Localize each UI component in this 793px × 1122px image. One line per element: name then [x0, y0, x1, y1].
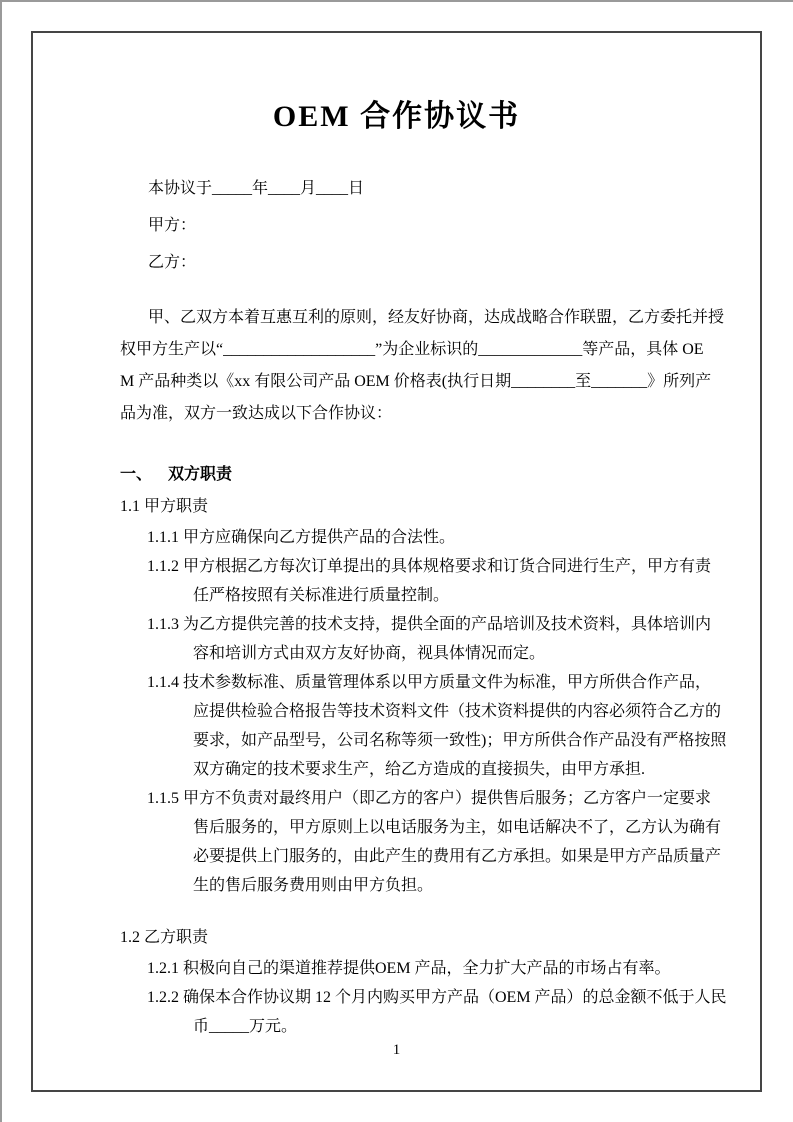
subsection-1-1-items: 1.1.1 甲方应确保向乙方提供产品的合法性。 1.1.2 甲方根据乙方每次订单… [120, 523, 732, 900]
text-line: 币_____万元。 [120, 1012, 732, 1041]
subsection-1-2-items: 1.2.1 积极向自己的渠道推荐提供OEM 产品，全力扩大产品的市场占有率。 1… [120, 954, 732, 1041]
clause-1-1-1: 1.1.1 甲方应确保向乙方提供产品的合法性。 [120, 523, 732, 552]
clause-1-2-2: 1.2.2 确保本合作协议期 12 个月内购买甲方产品（OEM 产品）的总金额不… [120, 983, 732, 1041]
text-line: M 产品种类以《xx 有限公司产品 OEM 价格表(执行日期________至_… [120, 366, 732, 398]
text-line: 要求，如产品型号，公司名称等须一致性)；甲方所供合作产品没有严格按照 [120, 726, 732, 755]
text-line: 1.1.3 为乙方提供完善的技术支持，提供全面的产品培训及技术资料，具体培训内 [120, 610, 732, 639]
text-line: 品为准，双方一致达成以下合作协议： [120, 398, 732, 430]
text-line: 应提供检验合格报告等技术资料文件（技术资料提供的内容必须符合乙方的 [120, 697, 732, 726]
section-1-heading: 一、双方职责 [120, 459, 732, 491]
section-1-title: 双方职责 [168, 466, 232, 483]
document-title: OEM 合作协议书 [33, 98, 760, 136]
screen-edge-top-line [0, 0, 793, 2]
clause-1-1-2: 1.1.2 甲方根据乙方每次订单提出的具体规格要求和订货合同进行生产，甲方有责任… [120, 552, 732, 610]
text-line: 权甲方生产以“___________________”为企业标识的_______… [120, 334, 732, 366]
subsection-1-2-heading: 1.2 乙方职责 [120, 922, 732, 954]
text-line: 1.1.4 技术参数标准、质量管理体系以甲方质量文件为标准，甲方所供合作产品， [120, 668, 732, 697]
document-page: { "colors": { "page_background": "#fffff… [0, 0, 793, 1122]
text-line: 1.1.1 甲方应确保向乙方提供产品的合法性。 [120, 523, 732, 552]
text-line: 1.1.2 甲方根据乙方每次订单提出的具体规格要求和订货合同进行生产，甲方有责 [120, 552, 732, 581]
text-line: 必要提供上门服务的，由此产生的费用有乙方承担。如果是甲方产品质量产 [120, 842, 732, 871]
intro-paragraph: 甲、乙双方本着互惠互利的原则，经友好协商，达成战略合作联盟，乙方委托并授权甲方生… [120, 302, 732, 430]
party-a-line: 甲方： [120, 207, 732, 244]
document-body: 本协议于_____年____月____日 甲方： 乙方： 甲、乙双方本着互惠互利… [120, 170, 732, 1041]
screen-edge-left-line [0, 0, 2, 1122]
text-line: 甲、乙双方本着互惠互利的原则，经友好协商，达成战略合作联盟，乙方委托并授 [120, 302, 732, 334]
text-line: 任严格按照有关标准进行质量控制。 [120, 581, 732, 610]
text-line: 1.2.2 确保本合作协议期 12 个月内购买甲方产品（OEM 产品）的总金额不… [120, 983, 732, 1012]
clause-1-1-4: 1.1.4 技术参数标准、质量管理体系以甲方质量文件为标准，甲方所供合作产品，应… [120, 668, 732, 784]
opening-block: 本协议于_____年____月____日 甲方： 乙方： [120, 170, 732, 281]
party-b-line: 乙方： [120, 244, 732, 281]
text-line: 生的售后服务费用则由甲方负担。 [120, 871, 732, 900]
date-line: 本协议于_____年____月____日 [120, 170, 732, 207]
text-line: 容和培训方式由双方友好协商，视具体情况而定。 [120, 639, 732, 668]
section-1-number: 一、 [120, 466, 152, 483]
text-line: 1.2.1 积极向自己的渠道推荐提供OEM 产品，全力扩大产品的市场占有率。 [120, 954, 732, 983]
text-line: 双方确定的技术要求生产，给乙方造成的直接损失，由甲方承担. [120, 755, 732, 784]
text-line: 售后服务的，甲方原则上以电话服务为主，如电话解决不了，乙方认为确有 [120, 813, 732, 842]
subsection-1-1-heading: 1.1 甲方职责 [120, 491, 732, 523]
clause-1-1-5: 1.1.5 甲方不负责对最终用户（即乙方的客户）提供售后服务；乙方客户一定要求售… [120, 784, 732, 900]
clause-1-1-3: 1.1.3 为乙方提供完善的技术支持，提供全面的产品培训及技术资料，具体培训内容… [120, 610, 732, 668]
clause-1-2-1: 1.2.1 积极向自己的渠道推荐提供OEM 产品，全力扩大产品的市场占有率。 [120, 954, 732, 983]
text-line: 1.1.5 甲方不负责对最终用户（即乙方的客户）提供售后服务；乙方客户一定要求 [120, 784, 732, 813]
page-number: 1 [33, 1040, 760, 1060]
